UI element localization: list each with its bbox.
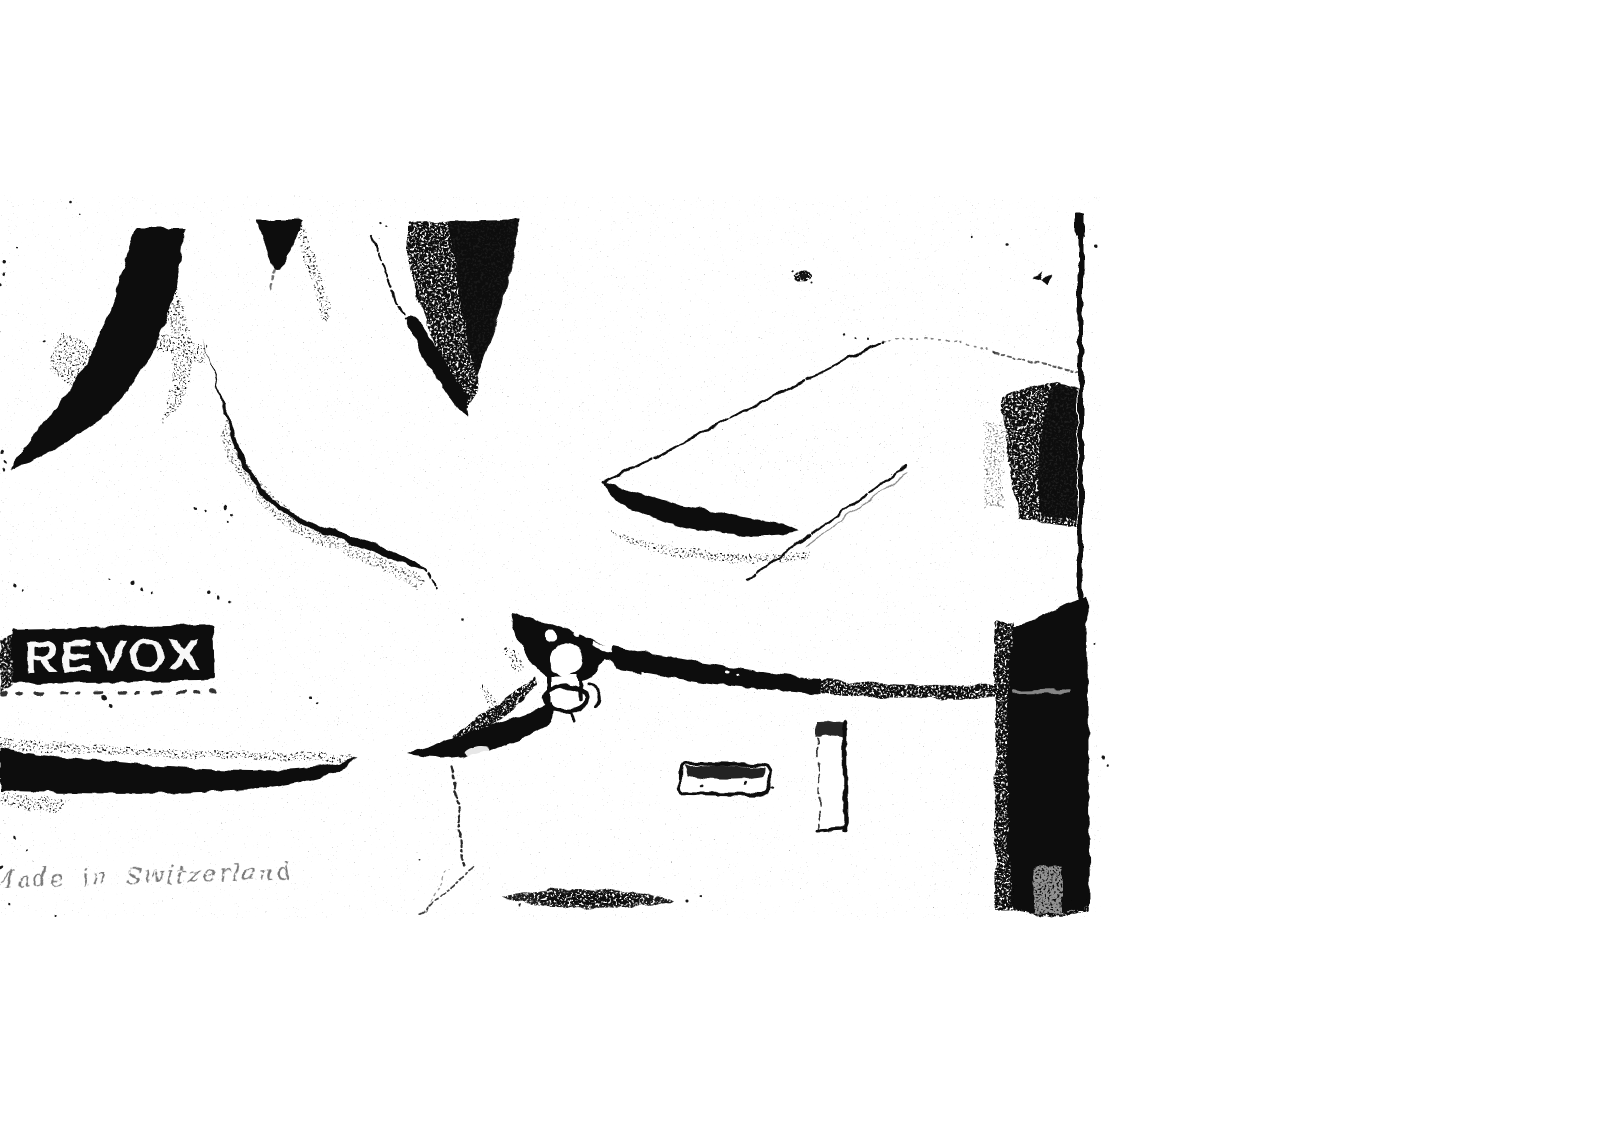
badge-speck (109, 705, 112, 708)
lever-slot (816, 721, 846, 831)
ink-blotch-core (800, 274, 807, 281)
surface-dot (855, 338, 857, 340)
lever-slot-face (818, 724, 844, 830)
surface-dot (844, 335, 846, 337)
collar-tick (570, 712, 572, 721)
band-nick (726, 671, 729, 674)
ink-blotch-dot (792, 270, 794, 272)
smudge-dot (687, 900, 690, 903)
left-of-column-grain-a (956, 636, 1000, 706)
smudge-dot (699, 896, 701, 898)
scanned-photo-page: REVOX Made in Switzerland (0, 0, 1600, 1124)
badge-speck (100, 696, 106, 702)
sleeve-right-edge (580, 673, 581, 700)
revox-logo-text: REVOX (24, 630, 203, 682)
halftone-photo: REVOX Made in Switzerland (0, 0, 1600, 1124)
capstan-highlight-ear (545, 630, 557, 642)
left-of-column-grain-b (952, 820, 1002, 900)
surface-dot (867, 340, 869, 342)
band-nick (736, 674, 738, 676)
slope-left-fringe (984, 420, 1004, 508)
counter-window-slot (681, 763, 774, 795)
column-bottom-erosion (1034, 866, 1062, 914)
lever-slot-bottom-edge (818, 828, 844, 830)
capstan-highlight-dot (575, 632, 580, 637)
ink-blotch-dot (811, 283, 813, 285)
capstan-shaft-head (550, 644, 583, 677)
